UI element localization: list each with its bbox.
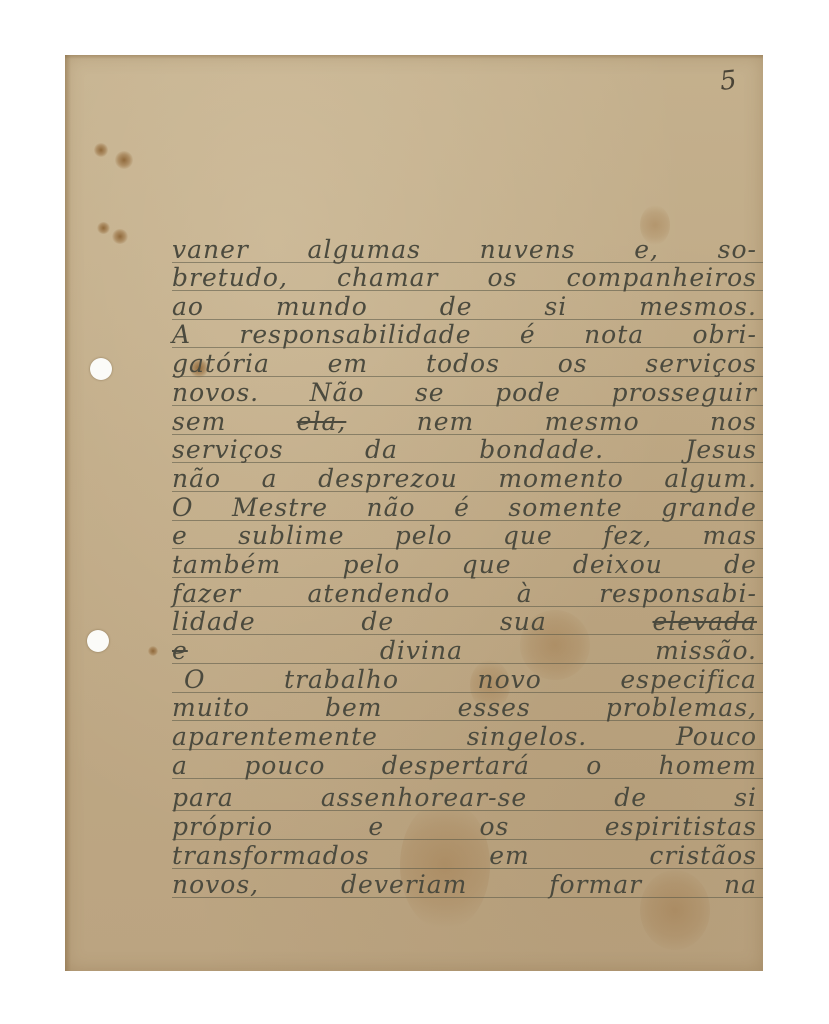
text-line: edivinamissão.	[172, 637, 757, 665]
handwritten-word: de	[614, 784, 647, 812]
text-line: Aresponsabilidadeénotaobri-	[172, 321, 757, 349]
handwritten-word: elevada	[652, 608, 757, 636]
text-line: transformadosemcristãos	[172, 842, 757, 870]
handwritten-word: novo	[478, 666, 542, 694]
handwritten-word: para	[172, 784, 234, 812]
handwritten-word: divina	[380, 637, 463, 665]
handwritten-word: nota	[584, 321, 644, 349]
handwritten-word: todos	[426, 350, 500, 378]
handwritten-word: chamar	[337, 264, 439, 292]
handwritten-word: em	[328, 350, 369, 378]
handwritten-word: muito	[172, 694, 250, 722]
stain-spot	[115, 151, 133, 169]
handwritten-word: si	[734, 784, 757, 812]
handwritten-word: pouco	[244, 752, 325, 780]
text-line: OMestrenãoésomentegrande	[172, 494, 757, 522]
handwritten-word: serviços	[645, 350, 757, 378]
stain-spot	[148, 646, 158, 656]
handwritten-word: aparentemente	[172, 723, 378, 751]
text-line: aparentementesingelos.Pouco	[172, 723, 757, 751]
handwritten-word: de	[361, 608, 394, 636]
handwritten-word: bretudo,	[172, 264, 288, 292]
handwritten-word: da	[365, 436, 398, 464]
text-line: aomundodesimesmos.	[172, 293, 757, 321]
handwritten-word: e	[172, 522, 188, 550]
handwritten-word: responsabilidade	[239, 321, 471, 349]
handwritten-word: serviços	[172, 436, 284, 464]
stain-spot	[112, 229, 128, 244]
handwritten-word: espiritistas	[605, 813, 757, 841]
handwritten-word: e	[172, 637, 188, 665]
handwritten-word: vaner	[172, 236, 249, 264]
handwritten-word: é	[520, 321, 536, 349]
handwritten-word: mesmos.	[639, 293, 757, 321]
handwritten-word: missão.	[655, 637, 757, 665]
text-line: próprioeosespiritistas	[172, 813, 757, 841]
handwritten-word: próprio	[172, 813, 273, 841]
handwritten-word: algum.	[664, 465, 757, 493]
handwritten-word: bondade.	[479, 436, 604, 464]
handwritten-word: se	[415, 379, 445, 407]
handwritten-word: nuvens	[480, 236, 576, 264]
punch-hole-bottom	[87, 630, 109, 652]
handwritten-word: os	[558, 350, 588, 378]
handwritten-word: nem	[417, 408, 475, 436]
handwritten-word: prosseguir	[611, 379, 757, 407]
handwritten-word: não	[367, 494, 416, 522]
handwritten-word: grande	[661, 494, 757, 522]
paper-edge-left	[65, 55, 71, 971]
handwritten-word: formar	[549, 871, 642, 899]
handwritten-word: A	[172, 321, 191, 349]
handwritten-word: especifica	[620, 666, 757, 694]
handwritten-word: responsabi-	[599, 580, 757, 608]
handwritten-word: ela,	[297, 408, 347, 436]
handwritten-word: esses	[458, 694, 531, 722]
handwritten-word: sublime	[238, 522, 344, 550]
handwritten-word: despertará	[382, 752, 530, 780]
text-line: muitobemessesproblemas,	[172, 694, 757, 722]
handwritten-word: também	[172, 551, 281, 579]
text-line: apoucodespertaráohomem	[172, 752, 757, 780]
handwritten-word: pelo	[342, 551, 400, 579]
page-number: 5	[718, 65, 738, 97]
handwritten-word: novos.	[172, 379, 259, 407]
stain-spot	[97, 222, 110, 234]
handwritten-word: transformados	[172, 842, 370, 870]
handwritten-word: cristãos	[649, 842, 757, 870]
handwritten-word: homem	[659, 752, 757, 780]
handwritten-word: pode	[495, 379, 561, 407]
handwritten-word: trabalho	[284, 666, 399, 694]
handwritten-word: bem	[325, 694, 383, 722]
handwritten-word: na	[724, 871, 757, 899]
handwritten-word: si	[544, 293, 567, 321]
text-line: nãoadesprezoumomentoalgum.	[172, 465, 757, 493]
handwritten-word: so-	[718, 236, 757, 264]
handwritten-word: nos	[710, 408, 757, 436]
handwritten-word: a	[172, 752, 188, 780]
handwritten-word: atendendo	[308, 580, 451, 608]
handwritten-word: pelo	[395, 522, 453, 550]
text-line: gatóriaemtodososserviços	[172, 350, 757, 378]
handwritten-word: que	[503, 522, 553, 550]
handwritten-word: à	[517, 580, 533, 608]
handwritten-word: de	[724, 551, 757, 579]
handwritten-word: os	[488, 264, 518, 292]
handwritten-word: sem	[172, 408, 226, 436]
handwritten-word: obri-	[693, 321, 757, 349]
handwritten-word: problemas,	[606, 694, 757, 722]
handwritten-word: somente	[508, 494, 622, 522]
handwritten-word: deixou	[573, 551, 663, 579]
handwritten-word: O	[172, 494, 194, 522]
text-line: tambémpeloquedeixoude	[172, 551, 757, 579]
handwritten-word: deveriam	[341, 871, 467, 899]
handwritten-word: Não	[310, 379, 365, 407]
handwritten-word: a	[262, 465, 278, 493]
handwritten-word: Mestre	[232, 494, 328, 522]
handwritten-word: fez,	[603, 522, 652, 550]
text-line: serviçosdabondade.Jesus	[172, 436, 757, 464]
handwritten-word: Jesus	[685, 436, 757, 464]
text-line: fazeratendendoàresponsabi-	[172, 580, 757, 608]
text-line: Otrabalhonovoespecifica	[172, 666, 757, 694]
handwritten-word: ao	[172, 293, 204, 321]
punch-hole-top	[90, 358, 112, 380]
handwritten-word: desprezou	[318, 465, 458, 493]
stain-spot	[94, 143, 108, 157]
text-line: lidadedesuaelevada	[172, 608, 757, 636]
handwritten-word: mesmo	[545, 408, 640, 436]
handwritten-word: sua	[500, 608, 547, 636]
handwritten-word: momento	[498, 465, 623, 493]
handwritten-word: mas	[703, 522, 757, 550]
handwritten-word: companheiros	[566, 264, 757, 292]
handwritten-word: Pouco	[676, 723, 757, 751]
handwritten-word: assenhorear-se	[321, 784, 527, 812]
text-line: paraassenhorear-sedesi	[172, 784, 757, 812]
handwritten-word: e	[368, 813, 384, 841]
handwritten-word: fazer	[172, 580, 241, 608]
handwritten-word: que	[462, 551, 512, 579]
paper-edge-top	[65, 55, 763, 59]
handwritten-word: é	[454, 494, 470, 522]
handwritten-word: O	[184, 666, 206, 694]
text-line: novos,deveriamformarna	[172, 871, 757, 899]
handwritten-word: gatória	[172, 350, 270, 378]
text-line: vaneralgumasnuvense,so-	[172, 236, 757, 264]
handwritten-word: singelos.	[467, 723, 588, 751]
handwritten-word: lidade	[172, 608, 256, 636]
handwritten-word: algumas	[308, 236, 421, 264]
handwritten-word: e,	[634, 236, 659, 264]
text-line: novos.Nãosepodeprosseguir	[172, 379, 757, 407]
text-line: semela,nemmesmonos	[172, 408, 757, 436]
handwritten-word: em	[489, 842, 530, 870]
handwritten-word: o	[586, 752, 602, 780]
handwritten-word: de	[440, 293, 473, 321]
handwritten-word: os	[480, 813, 510, 841]
handwritten-word: novos,	[172, 871, 259, 899]
handwritten-word: mundo	[276, 293, 368, 321]
text-line: bretudo,chamaroscompanheiros	[172, 264, 757, 292]
handwritten-word: não	[172, 465, 221, 493]
text-line: esublimepeloquefez,mas	[172, 522, 757, 550]
